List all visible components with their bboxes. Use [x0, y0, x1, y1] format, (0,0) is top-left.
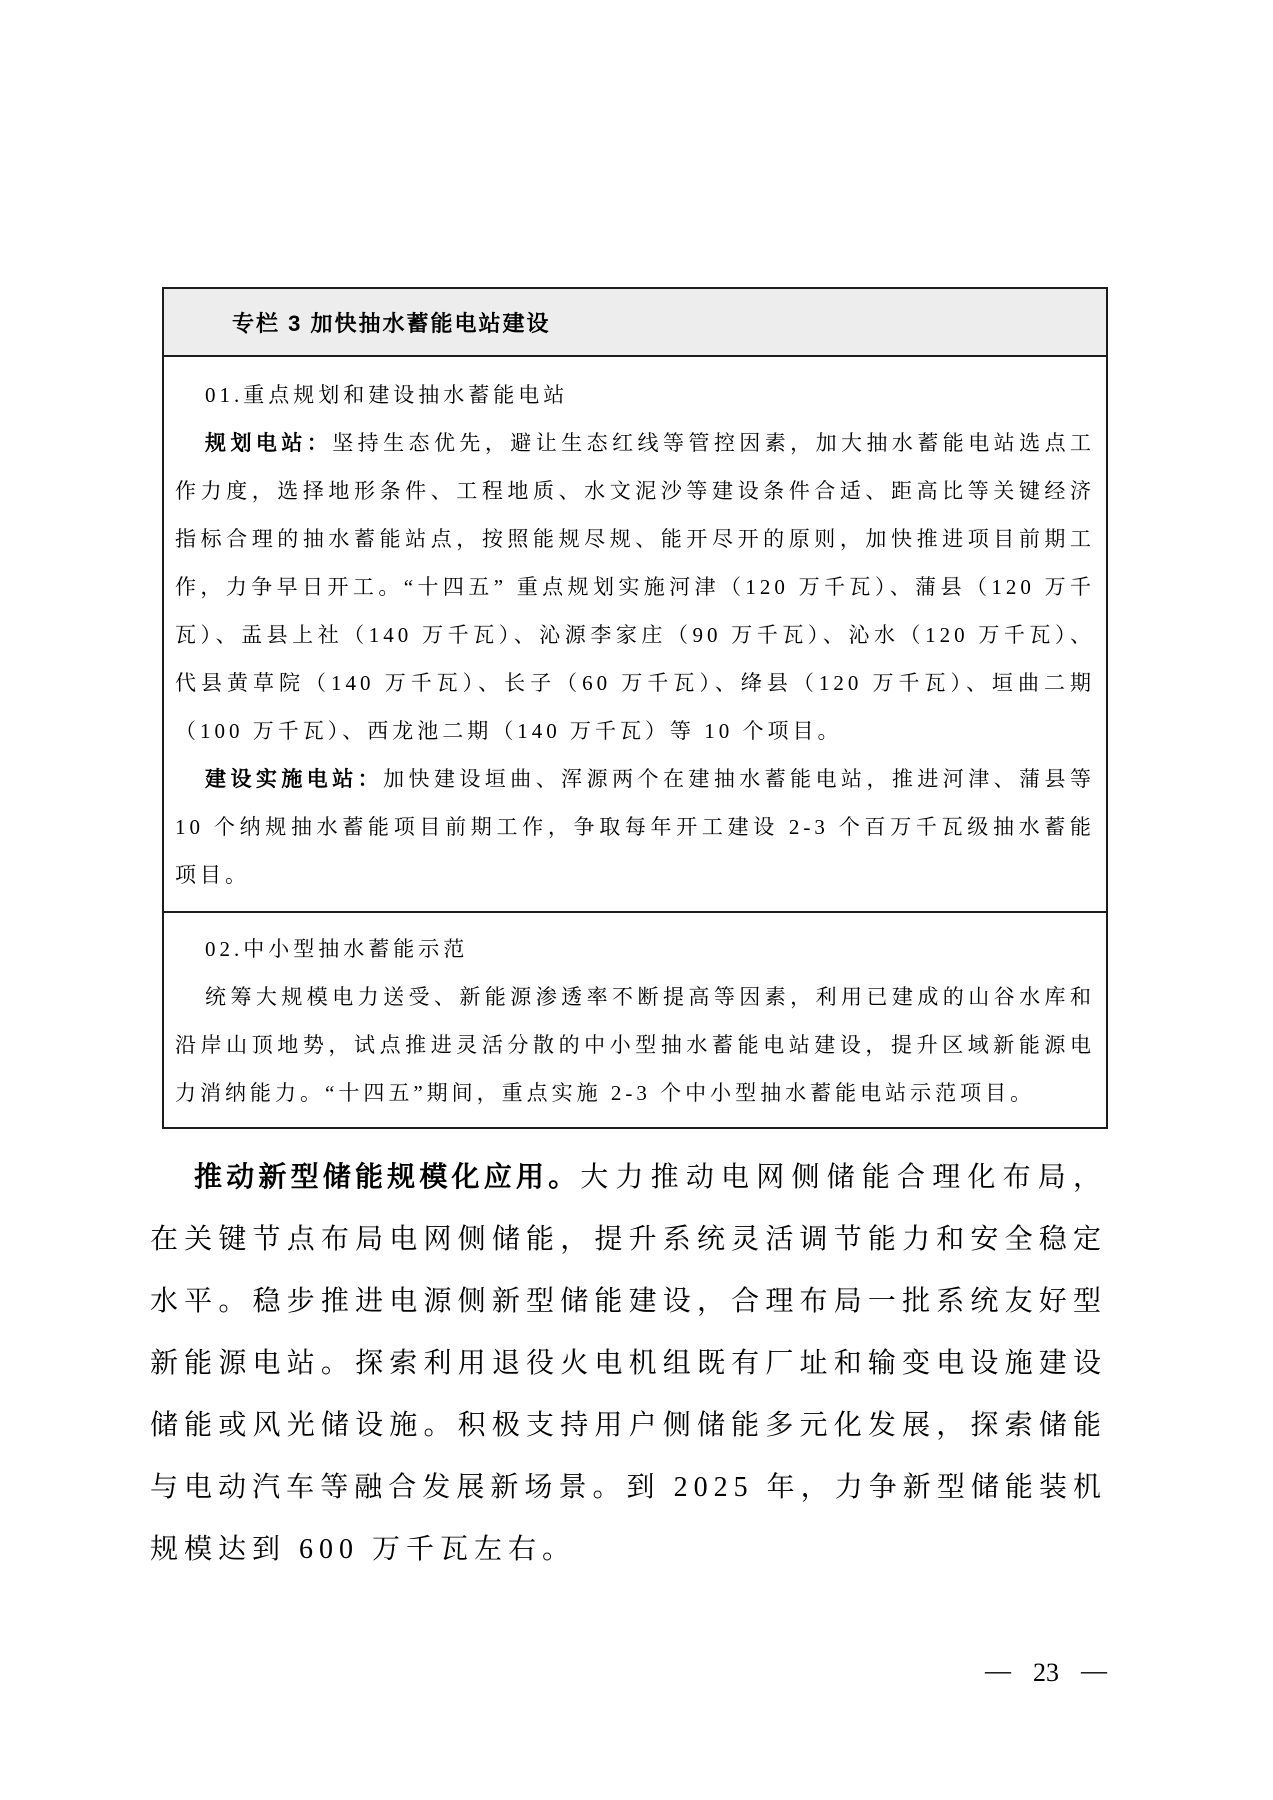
- box-section-02: 02.中小型抽水蓄能示范 统筹大规模电力送受、新能源渗透率不断提高等因素，利用已…: [164, 911, 1106, 1127]
- body-paragraph-lead: 推动新型储能规模化应用。: [194, 1161, 580, 1192]
- para-planning-lead: 规划电站：: [205, 431, 332, 455]
- body-paragraph-text: 大力推动电网侧储能合理化布局，在关键节点布局电网侧储能，提升系统灵活调节能力和安…: [150, 1162, 1107, 1565]
- footer-dash-right: —: [1081, 1656, 1107, 1686]
- section-02-heading: 02.中小型抽水蓄能示范: [175, 925, 1095, 973]
- box-section-01: 01.重点规划和建设抽水蓄能电站 规划电站：坚持生态优先，避让生态红线等管控因素…: [164, 357, 1106, 911]
- para-construction-lead: 建设实施电站：: [205, 767, 383, 791]
- column-box-title: 专栏 3 加快抽水蓄能电站建设: [164, 307, 550, 338]
- page-number: 23: [1033, 1658, 1059, 1688]
- column-box: 专栏 3 加快抽水蓄能电站建设 01.重点规划和建设抽水蓄能电站 规划电站：坚持…: [162, 287, 1108, 1129]
- section-01-heading: 01.重点规划和建设抽水蓄能电站: [175, 371, 1095, 419]
- section-02-para-text: 统筹大规模电力送受、新能源渗透率不断提高等因素，利用已建成的山谷水库和沿岸山顶地…: [175, 985, 1095, 1105]
- section-01-para-planning: 规划电站：坚持生态优先，避让生态红线等管控因素，加大抽水蓄能电站选点工作力度，选…: [175, 419, 1095, 755]
- para-planning-text: 坚持生态优先，避让生态红线等管控因素，加大抽水蓄能电站选点工作力度，选择地形条件…: [175, 431, 1095, 743]
- footer-dash-left: —: [985, 1656, 1011, 1686]
- page-footer: — 23 —: [985, 1658, 1107, 1688]
- document-page: 专栏 3 加快抽水蓄能电站建设 01.重点规划和建设抽水蓄能电站 规划电站：坚持…: [0, 0, 1273, 1800]
- body-paragraph: 推动新型储能规模化应用。大力推动电网侧储能合理化布局，在关键节点布局电网侧储能，…: [150, 1146, 1107, 1581]
- column-box-header: 专栏 3 加快抽水蓄能电站建设: [164, 289, 1106, 357]
- section-02-para: 统筹大规模电力送受、新能源渗透率不断提高等因素，利用已建成的山谷水库和沿岸山顶地…: [175, 973, 1095, 1117]
- section-01-para-construction: 建设实施电站：加快建设垣曲、浑源两个在建抽水蓄能电站，推进河津、蒲县等 10 个…: [175, 755, 1095, 899]
